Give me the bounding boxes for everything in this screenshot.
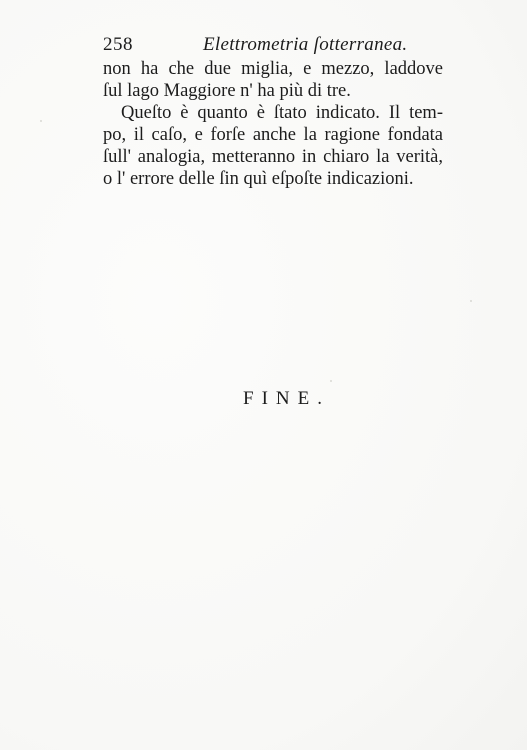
text-line: non ha che due miglia, e mezzo, laddove [103, 58, 443, 80]
text-line: ſul lago Maggiore n' ha più di tre. [103, 80, 443, 102]
end-mark: FINE. [243, 388, 330, 410]
paper-speck [470, 300, 472, 302]
body-text: non ha che due miglia, e mezzo, laddove … [103, 58, 443, 190]
running-header: 258 Elettrometria ſotterranea. [103, 34, 433, 56]
text-line: o l' errore delle ſin quì eſpoſte indica… [103, 168, 443, 190]
paper-speck [40, 120, 42, 122]
text-line: Queſto è quanto è ſtato indicato. Il tem… [103, 102, 443, 124]
text-line: ſull' analogia, metteranno in chiaro la … [103, 146, 443, 168]
page-number: 258 [103, 34, 133, 56]
paper-speck [330, 380, 332, 382]
text-line: po, il caſo, e forſe anche la ragione fo… [103, 124, 443, 146]
running-title: Elettrometria ſotterranea. [203, 34, 407, 56]
book-page: 258 Elettrometria ſotterranea. non ha ch… [0, 0, 527, 750]
